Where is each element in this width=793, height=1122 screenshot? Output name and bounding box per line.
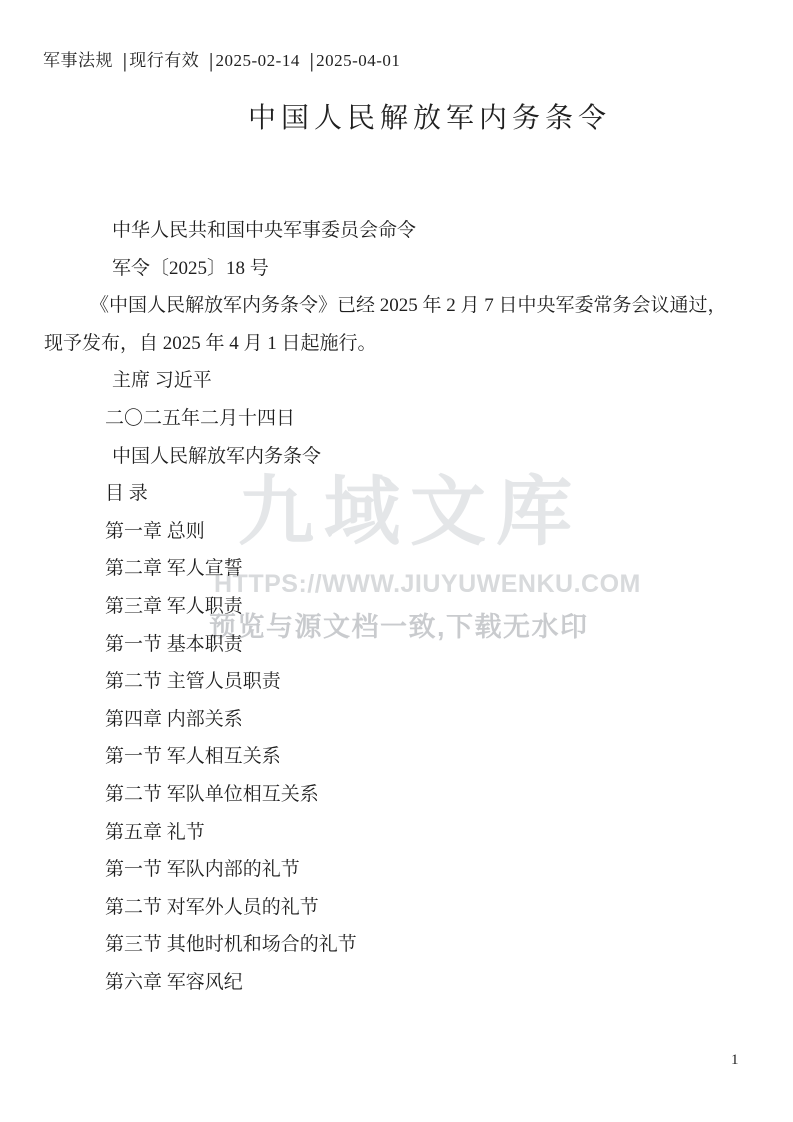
body-line: 中华人民共和国中央军事委员会命令 [44, 212, 760, 250]
toc-entry: 第一节 基本职责 [44, 626, 760, 664]
toc-entry: 第四章 内部关系 [44, 701, 760, 739]
toc-entry: 第一章 总则 [44, 513, 760, 551]
toc-entry: 第二节 对军外人员的礼节 [44, 889, 760, 927]
toc-entry: 第三节 其他时机和场合的礼节 [44, 926, 760, 964]
document-title: 中国人民解放军内务条令 [0, 96, 793, 136]
body-line: 主席 习近平 [44, 362, 760, 400]
doc-category-label: 军事法规 [43, 51, 113, 70]
separator: | [310, 49, 314, 73]
body-line: 现予发布，自 2025 年 4 月 1 日起施行。 [44, 325, 760, 363]
document-body: 中华人民共和国中央军事委员会命令军令〔2025〕18 号《中国人民解放军内务条令… [44, 212, 760, 1001]
document-page: 军事法规|现行有效|2025-02-14|2025-04-01 中国人民解放军内… [0, 0, 793, 1122]
body-line: 二〇二五年二月十四日 [44, 400, 760, 438]
body-line: 中国人民解放军内务条令 [44, 438, 760, 476]
doc-publish-date: 2025-02-14 [216, 51, 300, 70]
separator: | [209, 49, 213, 73]
toc-entry: 第六章 军容风纪 [44, 964, 760, 1002]
toc-entry: 第一节 军人相互关系 [44, 738, 760, 776]
toc-entry: 第三章 军人职责 [44, 588, 760, 626]
toc-entry: 第二节 军队单位相互关系 [44, 776, 760, 814]
toc-entry: 第二章 军人宣誓 [44, 550, 760, 588]
doc-status-label: 现行有效 [129, 51, 199, 70]
body-line: 军令〔2025〕18 号 [44, 250, 760, 288]
toc-entry: 第二节 主管人员职责 [44, 663, 760, 701]
document-meta-header: 军事法规|现行有效|2025-02-14|2025-04-01 [43, 46, 400, 71]
body-line: 《中国人民解放军内务条令》已经 2025 年 2 月 7 日中央军委常务会议通过… [44, 287, 760, 325]
toc-entry: 第五章 礼节 [44, 814, 760, 852]
page-number: 1 [731, 1052, 739, 1069]
separator: | [123, 49, 127, 73]
doc-effective-date: 2025-04-01 [316, 51, 400, 70]
toc-heading: 目 录 [44, 475, 760, 513]
toc-entry: 第一节 军队内部的礼节 [44, 851, 760, 889]
